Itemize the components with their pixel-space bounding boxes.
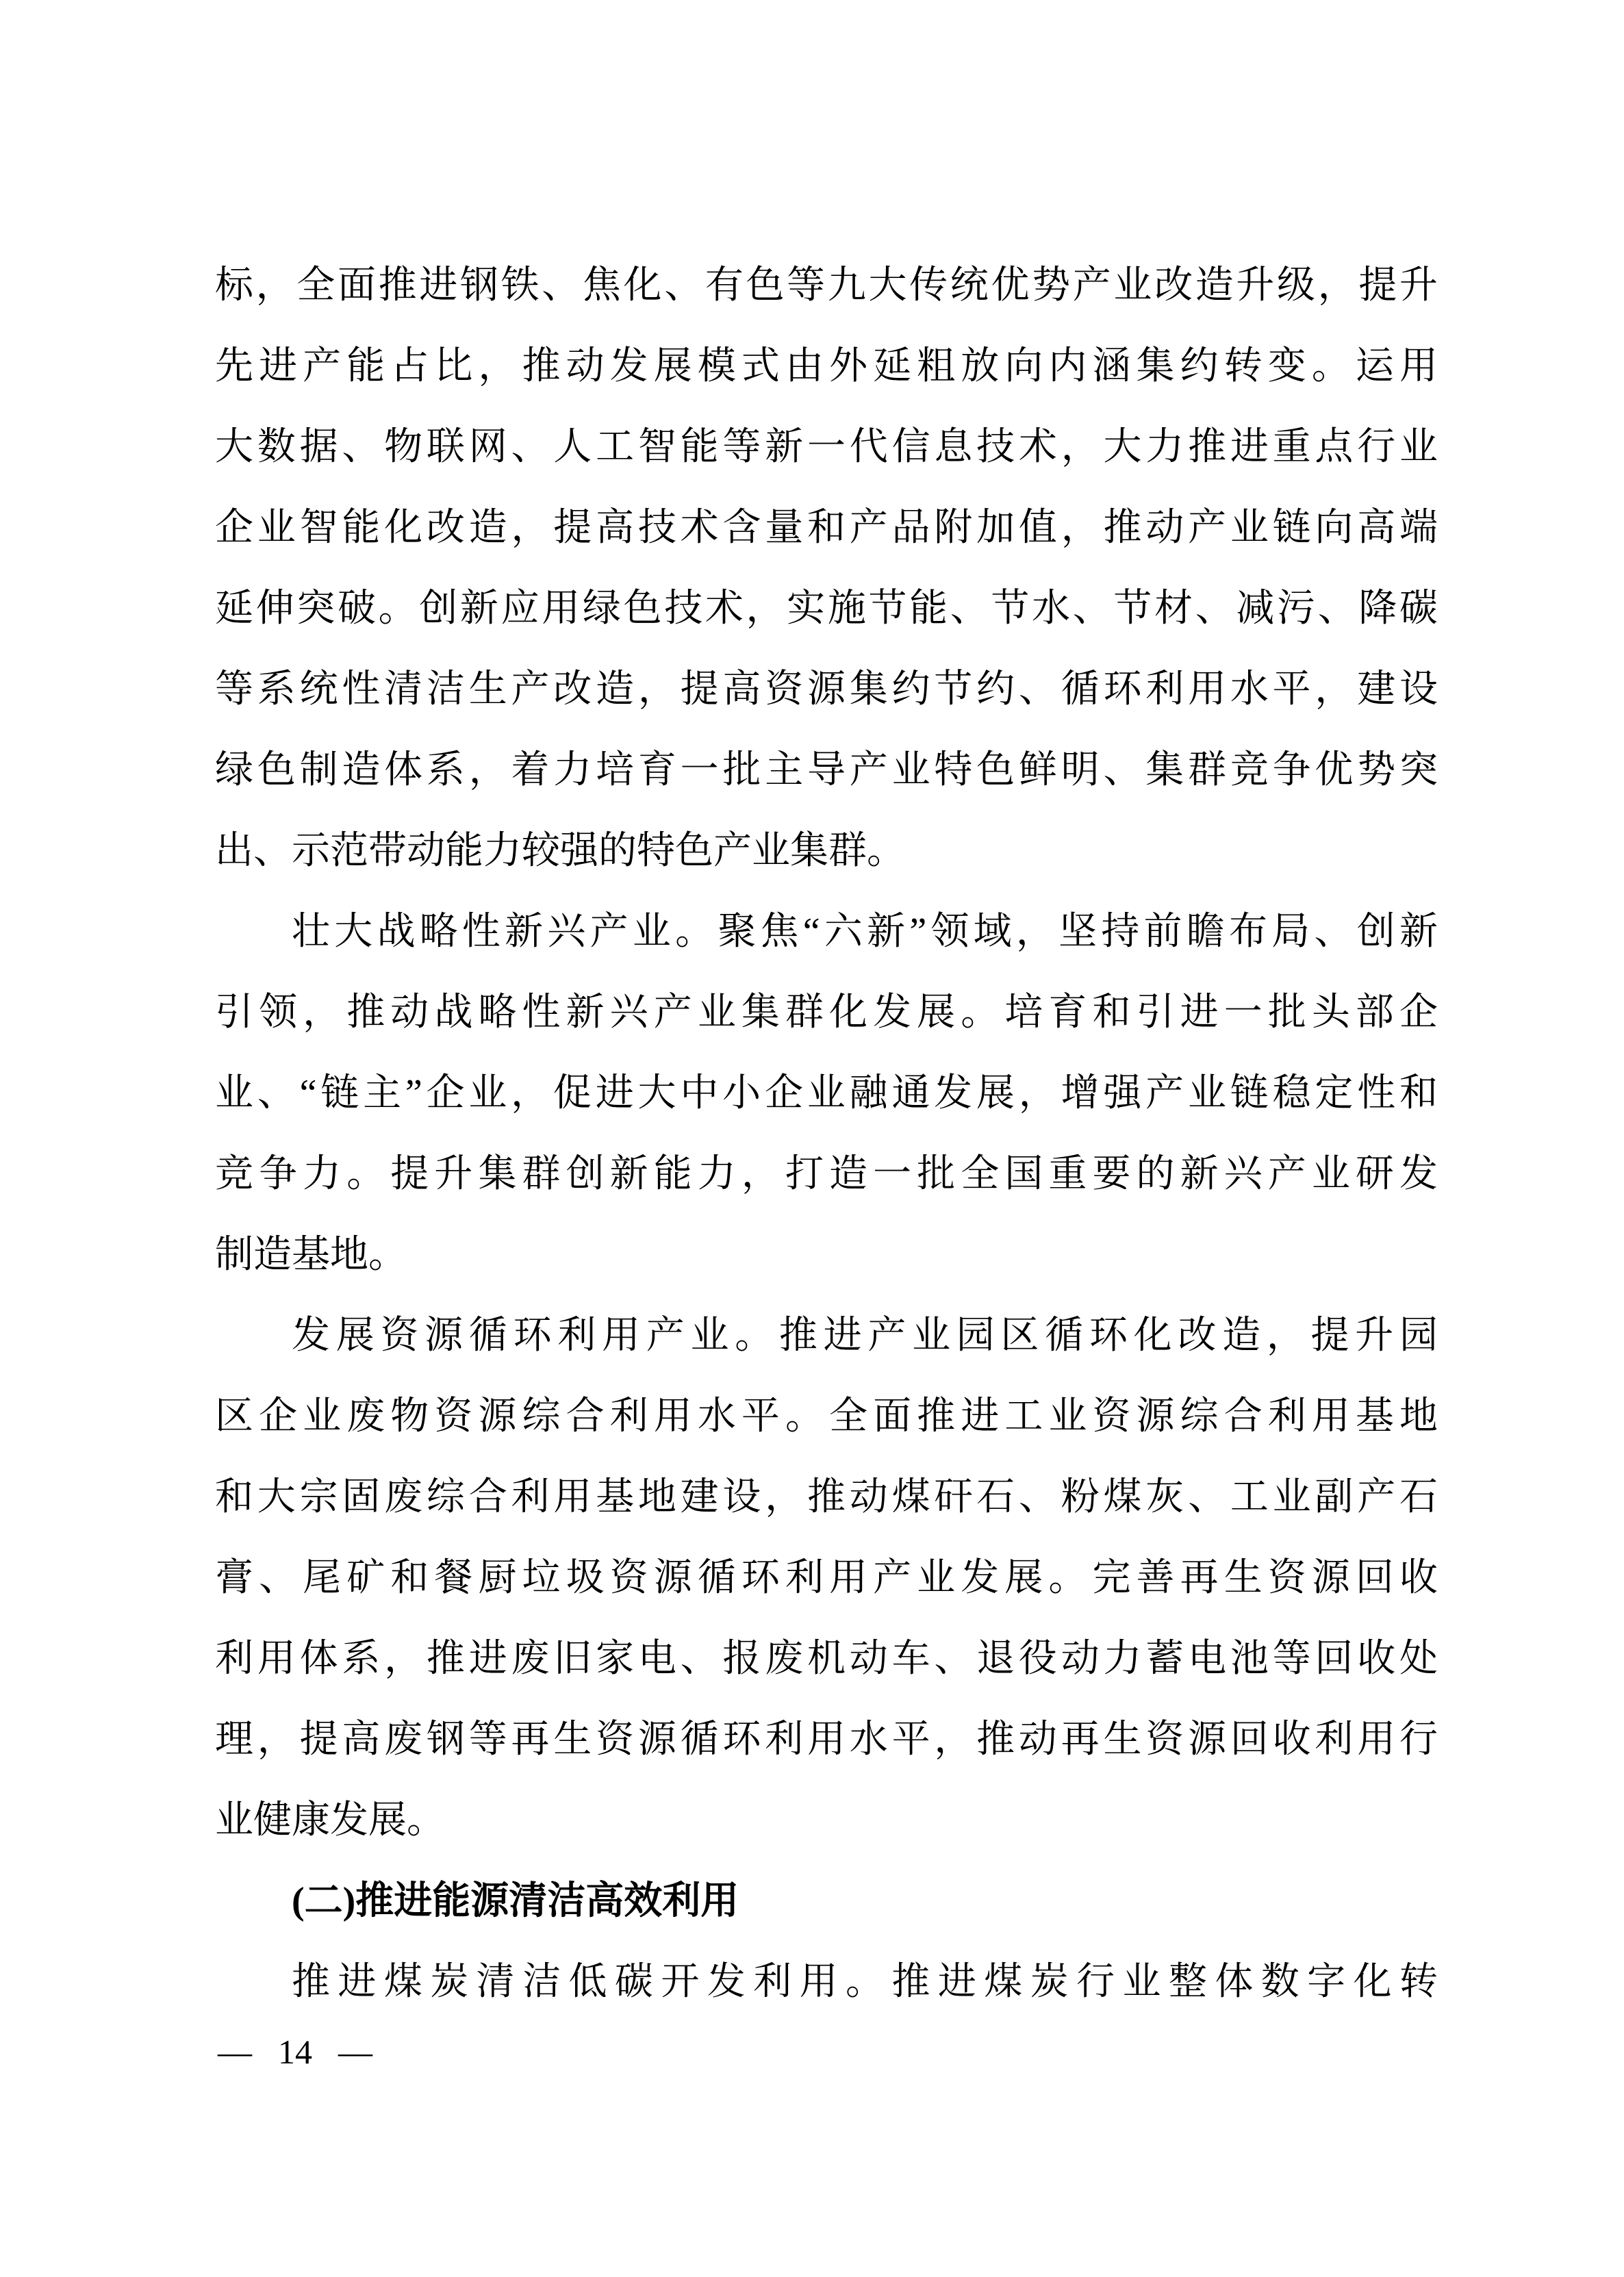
text-line: 延伸突破。创新应用绿色技术，实施节能、节水、节材、减污、降碳 [215, 568, 1438, 649]
text-line: 绿色制造体系，着力培育一批主导产业特色鲜明、集群竞争优势突 [215, 730, 1438, 811]
page-number: 14 [278, 2028, 312, 2076]
text-line: 标，全面推进钢铁、焦化、有色等九大传统优势产业改造升级，提升 [215, 245, 1438, 326]
text-line: 制造基地。 [215, 1214, 1438, 1295]
text-line: 企业智能化改造，提高技术含量和产品附加值，推动产业链向高端 [215, 487, 1438, 568]
document-page: 标，全面推进钢铁、焦化、有色等九大传统优势产业改造升级，提升 先进产能占比，推动… [0, 0, 1624, 2277]
text-line: 业健康发展。 [215, 1780, 1438, 1861]
text-line: 推进煤炭清洁低碳开发利用。推进煤炭行业整体数字化转 [215, 1942, 1438, 2022]
footer-dash-right: — [338, 2028, 372, 2076]
text-line: 竞争力。提升集群创新能力，打造一批全国重要的新兴产业研发 [215, 1134, 1438, 1214]
text-line: 和大宗固废综合利用基地建设，推动煤矸石、粉煤灰、工业副产石 [215, 1457, 1438, 1538]
text-line: 大数据、物联网、人工智能等新一代信息技术，大力推进重点行业 [215, 407, 1438, 487]
footer-dash-left: — [218, 2028, 252, 2076]
section-heading: (二)推进能源清洁高效利用 [215, 1861, 1438, 1942]
page-footer: — 14 — [218, 2028, 372, 2076]
text-line: 等系统性清洁生产改造，提高资源集约节约、循环利用水平，建设 [215, 649, 1438, 730]
text-line: 业、“链主”企业，促进大中小企业融通发展，增强产业链稳定性和 [215, 1053, 1438, 1134]
text-line: 区企业废物资源综合利用水平。全面推进工业资源综合利用基地 [215, 1376, 1438, 1457]
text-line: 发展资源循环利用产业。推进产业园区循环化改造，提升园 [215, 1295, 1438, 1376]
text-line: 引领，推动战略性新兴产业集群化发展。培育和引进一批头部企 [215, 972, 1438, 1053]
document-body: 标，全面推进钢铁、焦化、有色等九大传统优势产业改造升级，提升 先进产能占比，推动… [215, 245, 1438, 2022]
text-line: 壮大战略性新兴产业。聚焦“六新”领域，坚持前瞻布局、创新 [215, 891, 1438, 972]
text-line: 出、示范带动能力较强的特色产业集群。 [215, 811, 1438, 891]
text-line: 膏、尾矿和餐厨垃圾资源循环利用产业发展。完善再生资源回收 [215, 1538, 1438, 1618]
text-line: 利用体系，推进废旧家电、报废机动车、退役动力蓄电池等回收处 [215, 1618, 1438, 1699]
text-line: 理，提高废钢等再生资源循环利用水平，推动再生资源回收利用行 [215, 1699, 1438, 1780]
text-line: 先进产能占比，推动发展模式由外延粗放向内涵集约转变。运用 [215, 326, 1438, 407]
